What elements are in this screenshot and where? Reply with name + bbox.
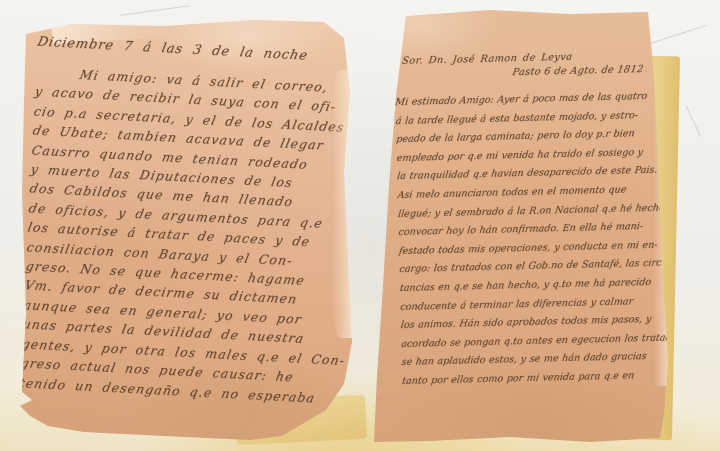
wall-scuff-mark bbox=[120, 5, 189, 16]
wall-scuff-mark bbox=[685, 105, 700, 136]
letter-heading: Diciembre 7 á las 3 de la noche bbox=[36, 35, 329, 65]
letter-dateline: Pasto 6 de Agto. de 1812 bbox=[512, 64, 656, 79]
wall-scuff-mark bbox=[649, 25, 706, 44]
photo-scene: Diciembre 7 á las 3 de la noche Mi amigo… bbox=[0, 0, 720, 451]
left-letter-text: Diciembre 7 á las 3 de la noche Mi amigo… bbox=[9, 34, 327, 407]
right-letter-page: Sor. Dn. José Ramon de Leyva Pasto 6 de … bbox=[360, 6, 672, 446]
left-letter-page: Diciembre 7 á las 3 de la noche Mi amigo… bbox=[14, 12, 354, 446]
right-letter-text: Sor. Dn. José Ramon de Leyva Pasto 6 de … bbox=[394, 50, 662, 392]
